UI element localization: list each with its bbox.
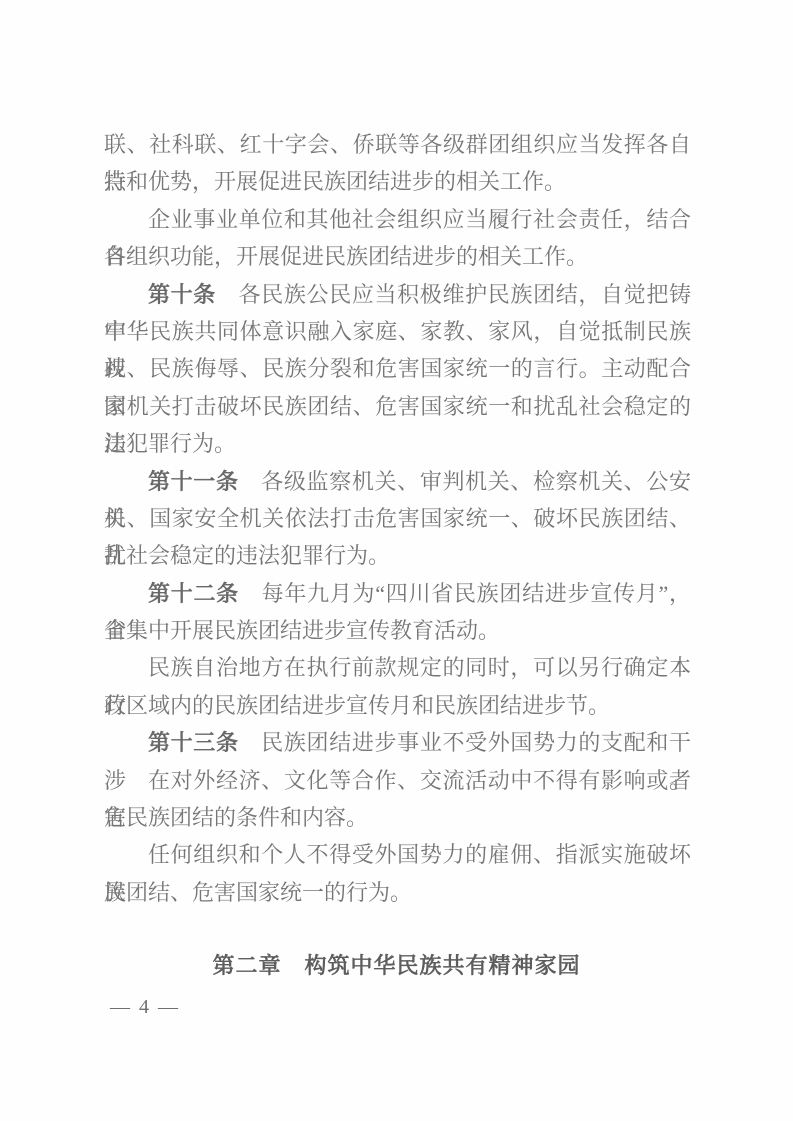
text-line: 第十条 各民族公民应当积极维护民族团结，自觉把铸牢: [104, 276, 691, 313]
text-line: 第十二条 每年九月为“四川省民族团结进步宣传月”，全: [104, 575, 691, 612]
text-line: 在对外经济、文化等合作、交流活动中不得有影响或者危: [104, 762, 691, 799]
text-segment: 族团结、危害国家统一的行为。: [104, 880, 412, 905]
text-line: 联、社科联、红十字会、侨联等各级群团组织应当发挥各自特: [104, 126, 691, 163]
text-line: 族团结、危害国家统一的行为。: [104, 874, 691, 911]
text-line: 政区域内的民族团结进步宣传月和民族团结进步节。: [104, 687, 691, 724]
text-line: 第十一条 各级监察机关、审判机关、检察机关、公安机: [104, 463, 691, 500]
text-line: 乱社会稳定的违法犯罪行为。: [104, 537, 691, 574]
text-line: 省集中开展民族团结进步宣传教育活动。: [104, 612, 691, 649]
document-body: 联、社科联、红十字会、侨联等各级群团组织应当发挥各自特点和优势，开展促进民族团结…: [104, 126, 691, 911]
article-number: 第十三条: [148, 730, 239, 755]
text-line: 害民族团结的条件和内容。: [104, 799, 691, 836]
text-segment: 政区域内的民族团结进步宣传月和民族团结进步节。: [104, 693, 610, 718]
chapter-heading: 第二章 构筑中华民族共有精神家园: [0, 951, 793, 981]
text-line: 视、民族侮辱、民族分裂和危害国家统一的言行。主动配合国: [104, 350, 691, 387]
document-page: 联、社科联、红十字会、侨联等各级群团组织应当发挥各自特点和优势，开展促进民族团结…: [0, 0, 793, 1121]
text-line: 自组织功能，开展促进民族团结进步的相关工作。: [104, 238, 691, 275]
text-segment: 省集中开展民族团结进步宣传教育活动。: [104, 618, 500, 643]
text-line: 企业事业单位和其他社会组织应当履行社会责任，结合各: [104, 201, 691, 238]
text-segment: 乱社会稳定的违法犯罪行为。: [104, 543, 390, 568]
text-line: 第十三条 民族团结进步事业不受外国势力的支配和干涉。: [104, 724, 691, 761]
text-line: 任何组织和个人不得受外国势力的雇佣、指派实施破坏民: [104, 836, 691, 873]
text-segment: 害民族团结的条件和内容。: [104, 805, 368, 830]
text-segment: 自组织功能，开展促进民族团结进步的相关工作。: [104, 244, 588, 269]
article-number: 第十一条: [148, 469, 239, 494]
article-number: 第十二条: [148, 581, 239, 606]
text-segment: 法犯罪行为。: [104, 431, 236, 456]
text-line: 家机关打击破坏民族团结、危害国家统一和扰乱社会稳定的违: [104, 388, 691, 425]
page-number: — 4 —: [110, 996, 180, 1019]
text-segment: 点和优势，开展促进民族团结进步的相关工作。: [104, 169, 566, 194]
text-line: 关、国家安全机关依法打击危害国家统一、破坏民族团结、扰: [104, 500, 691, 537]
text-line: 中华民族共同体意识融入家庭、家教、家风，自觉抵制民族歧: [104, 313, 691, 350]
text-line: 民族自治地方在执行前款规定的同时，可以另行确定本行: [104, 649, 691, 686]
article-number: 第十条: [148, 282, 216, 307]
text-line: 法犯罪行为。: [104, 425, 691, 462]
text-line: 点和优势，开展促进民族团结进步的相关工作。: [104, 163, 691, 200]
